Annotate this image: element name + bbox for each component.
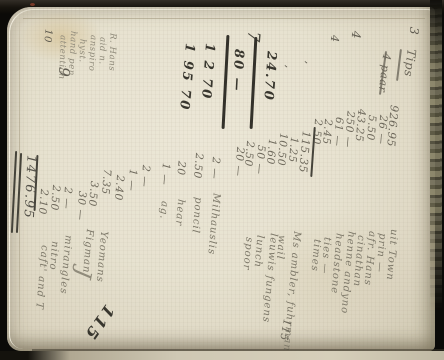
margin-number: 10 [41, 29, 53, 44]
entry-amount: 20 [174, 161, 187, 177]
footnote-line: aid n. [97, 37, 108, 65]
margin-number: 7 [243, 30, 264, 43]
handwriting-layer: 3 4 4 , , 7 9 10 Tips 4 paar 24.70 80 — … [11, 21, 443, 360]
footnote-line: anspiro [86, 35, 98, 72]
sum-rule [222, 35, 229, 129]
entry-item: Yeomans [94, 231, 109, 283]
sum-line: 80 — [229, 49, 246, 93]
entry-amount: 2 — [208, 157, 222, 180]
footnote-line: hyst. [77, 39, 88, 63]
sum-line: 1 2 70 [198, 43, 217, 101]
entry-item: Milhauslis [205, 193, 221, 256]
entry-amount: 2.50 [191, 153, 205, 180]
pen-flourish: J [69, 267, 95, 281]
entry-amount: 20 — [232, 147, 247, 178]
spine-fleck [30, 3, 35, 6]
notebook-page: 3 4 4 , , 7 9 10 Tips 4 paar 24.70 80 — … [7, 7, 435, 351]
sum-rule [250, 37, 257, 129]
margin-number: 3 [407, 26, 422, 35]
entry-amount: 2 — [138, 165, 152, 188]
entry-amount: 2.10 [36, 189, 50, 216]
margin-tick: , [283, 64, 295, 69]
entry-amount: 2 — [60, 187, 74, 210]
big-note: 115 [80, 301, 118, 344]
book-page-stack-edge [430, 0, 442, 310]
entry-item: Figman [80, 229, 95, 274]
footnote-line: R. Hans [106, 33, 117, 72]
entry-item: hear [173, 199, 186, 227]
margin-tick: , [303, 60, 315, 65]
entry-item: caft' and T [33, 245, 50, 311]
entry-amount: 1 — [158, 163, 172, 186]
margin-number: 4 [328, 34, 342, 43]
margin-number: 4 [349, 30, 364, 39]
entry-amount: 2.40 [112, 175, 126, 202]
notebook-photo: 3 4 4 , , 7 9 10 Tips 4 paar 24.70 80 — … [0, 0, 444, 360]
entry-amount: 1 — [125, 169, 139, 192]
entry-amount: 2.50 [48, 185, 62, 212]
footnote-line: attention [56, 35, 68, 80]
under-page-edge-line [23, 18, 425, 19]
page-title: Tips [401, 48, 418, 78]
under-pages-band [0, 351, 444, 360]
sum-line: 1 95 70 [176, 42, 197, 111]
entry-amount: 7.35 [99, 169, 113, 196]
entry-item: ag. [157, 201, 170, 220]
sum-line: 24.70 [260, 51, 279, 103]
entry-amount: 30 — [74, 191, 89, 222]
entry-item: poncil [189, 197, 203, 235]
